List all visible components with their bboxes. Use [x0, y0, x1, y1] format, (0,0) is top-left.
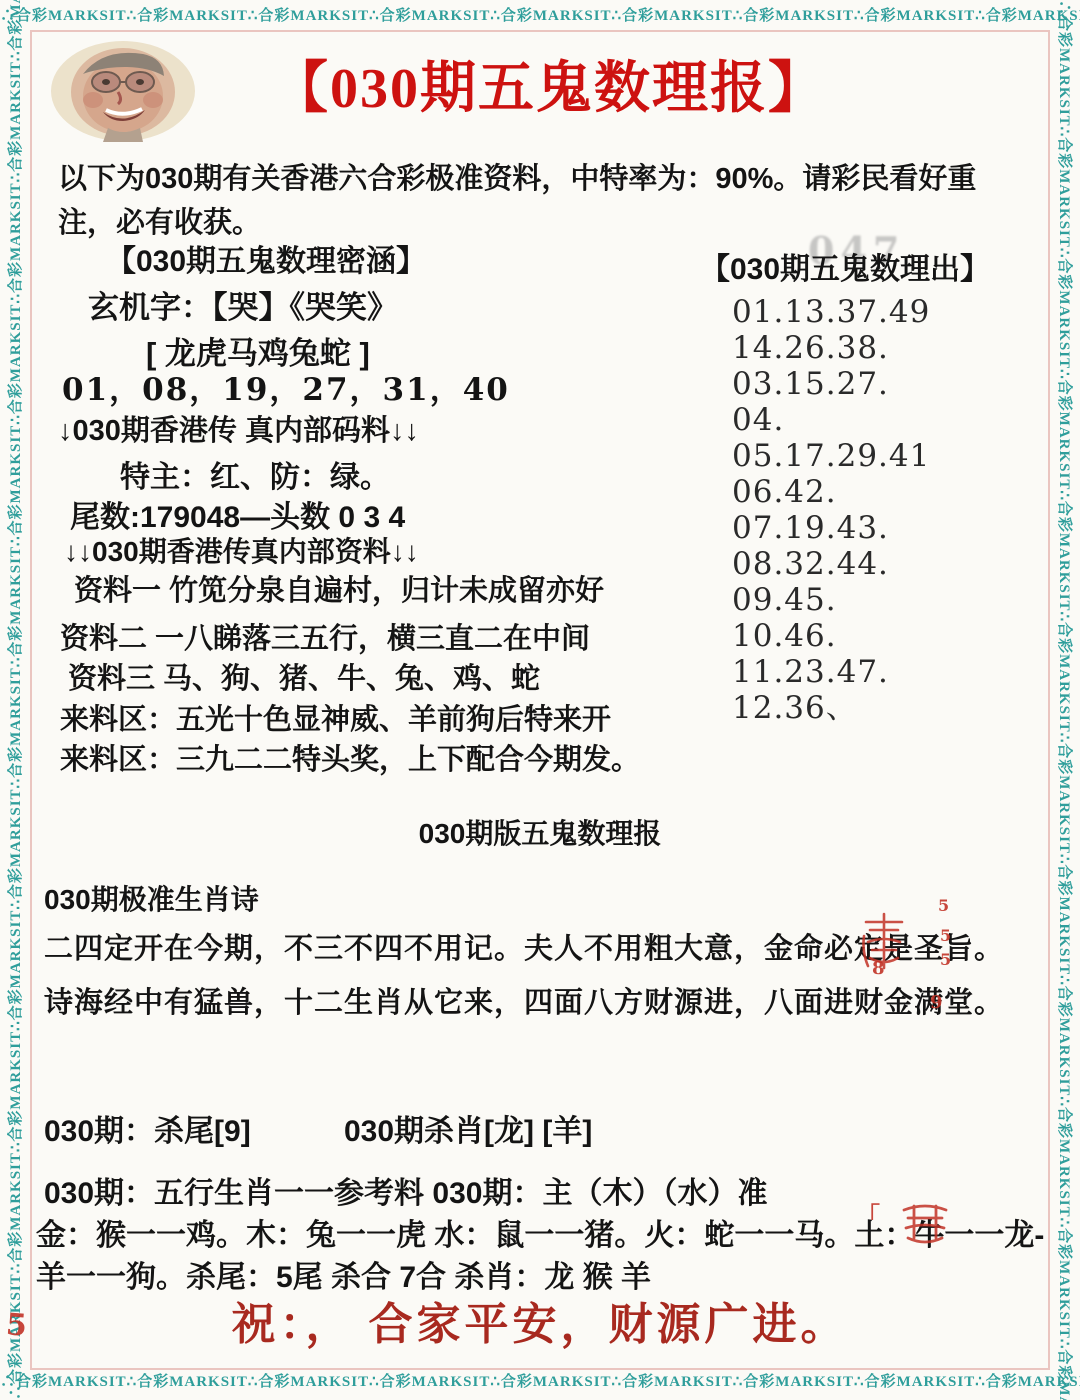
inner-info-header: ↓↓030期香港传真内部资料↓↓ — [64, 530, 419, 570]
output-row: 08.32.44. — [732, 546, 930, 582]
kill-tail-line: 030期：杀尾[9] — [44, 1106, 251, 1150]
red-digit-mark: 8 — [872, 958, 885, 979]
inner-code-header: ↓030期香港传 真内部码料↓↓ — [58, 408, 419, 449]
output-section-title: 【030期五鬼数理出】 — [700, 244, 990, 288]
lucky-numbers-line: 01，08，19，27，31，40 — [62, 364, 510, 409]
poem-section-title: 030期极准生肖诗 — [44, 878, 259, 918]
red-digit-mark: 5 — [938, 896, 949, 915]
masthead-face-image — [48, 40, 198, 147]
red-bracket-mark: 「 — [856, 1196, 880, 1231]
output-row: 10.46. — [732, 618, 930, 654]
source-line-1: 来料区：五光十色显神威、羊前狗后特来开 — [60, 697, 611, 738]
secret-section-title: 【030期五鬼数理密涵】 — [106, 236, 426, 280]
mystery-word-line: 玄机字：【哭】《哭笑》 — [88, 282, 398, 327]
output-row: 01.13.37.49 — [732, 294, 930, 330]
output-row: 05.17.29.41 — [732, 438, 930, 474]
output-row: 07.19.43. — [732, 510, 930, 546]
source-line-2: 来料区：三九二二特头奖，上下配合今期发。 — [60, 737, 640, 778]
data-line-1: 资料一 竹笕分泉自遍村，归计未成留亦好 — [74, 568, 604, 609]
output-row: 09.45. — [732, 582, 930, 618]
page-title: 【030期五鬼数理报】 — [272, 44, 826, 124]
left-column: 【030期五鬼数理密涵】 玄机字：【哭】《哭笑》 [ 龙虎马鸡兔蛇 ] 01，0… — [58, 236, 688, 786]
red-digit-mark: 5 — [940, 950, 951, 969]
output-row: 03.15.27. — [732, 366, 930, 402]
red-digit-mark: 5 — [940, 926, 951, 945]
color-tip-line: 特主：红、防：绿。 — [120, 452, 390, 496]
border-pattern-bottom: ∴合彩MARKSIT∴合彩MARKSIT∴合彩MARKSIT∴合彩MARKSIT… — [0, 1366, 1080, 1400]
kill-zodiac-line: 030期杀肖[龙] [羊] — [344, 1106, 592, 1150]
data-line-3: 资料三 马、狗、猪、牛、兔、鸡、蛇 — [68, 656, 540, 697]
red-digit-mark: 9 — [930, 992, 943, 1013]
mid-edition-title: 030期版五鬼数理报 — [40, 812, 1040, 852]
red-scribble — [898, 1198, 952, 1251]
right-column: 047 【030期五鬼数理出】 01.13.37.49 14.26.38. 03… — [700, 244, 1060, 764]
blessing-line: 祝：， 合家平安，财源广进。 — [40, 1288, 1040, 1352]
output-row: 06.42. — [732, 474, 930, 510]
border-pattern-left: ∴合彩MARKSIT∴合彩MARKSIT∴合彩MARKSIT∴合彩MARKSIT… — [0, 0, 34, 1400]
border-red-mark: 5 — [5, 1307, 28, 1343]
poem-line-2: 诗海经中有猛兽，十二生肖从它来，四面八方财源进，八面进财金满堂。 — [44, 980, 1004, 1021]
output-row: 14.26.38. — [732, 330, 930, 366]
five-elements-header: 030期：五行生肖一一参考料 030期：主（木）（水）准 — [44, 1168, 767, 1212]
data-line-2: 资料二 一八睇落三五行，横三直二在中间 — [60, 616, 590, 657]
output-row: 11.23.47. — [732, 654, 930, 690]
output-number-list: 01.13.37.49 14.26.38. 03.15.27. 04. 05.1… — [732, 294, 930, 726]
lottery-tip-sheet: ∴合彩MARKSIT∴合彩MARKSIT∴合彩MARKSIT∴合彩MARKSIT… — [0, 0, 1080, 1400]
output-row: 04. — [732, 402, 930, 438]
elements-line-1: 金：猴一一鸡。木：兔一一虎 水：鼠一一猪。火：蛇一一马。土：牛一一龙- — [36, 1210, 1044, 1254]
output-row: 12.36、 — [732, 690, 930, 726]
border-pattern-top: ∴合彩MARKSIT∴合彩MARKSIT∴合彩MARKSIT∴合彩MARKSIT… — [0, 0, 1080, 34]
